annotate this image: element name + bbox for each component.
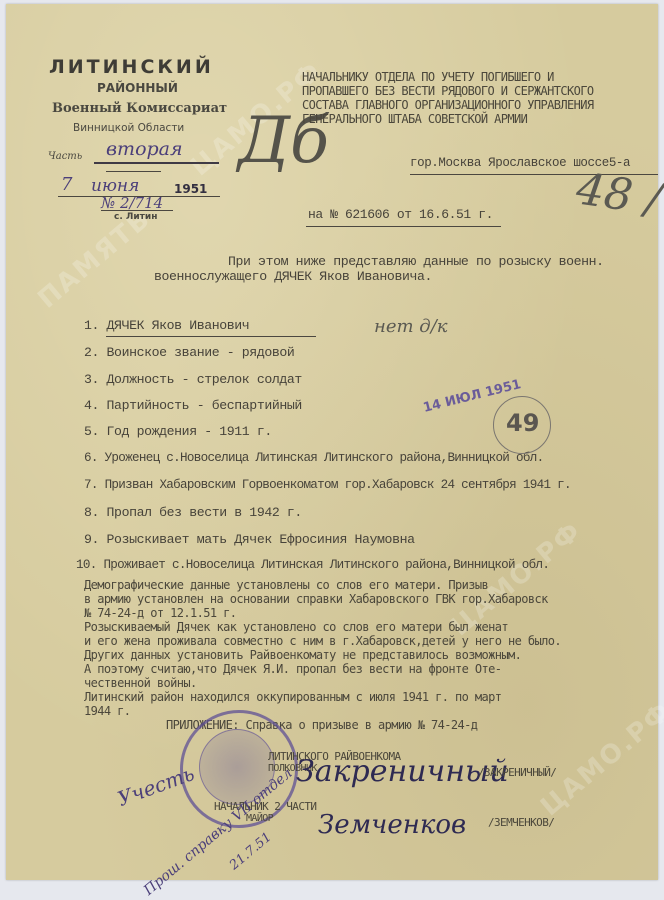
intro-line-2: военнослужащего ДЯЧЕК Яков Ивановича.: [154, 269, 432, 284]
list-item: 5. Год рождения - 1911 г.: [84, 424, 272, 439]
watermark: ЦАМО.РФ: [535, 696, 664, 822]
body-line: № 74-24-д от 12.1.51 г.: [84, 606, 236, 620]
part-underline: [94, 162, 219, 164]
reference-underline: [306, 226, 501, 227]
commissar-name: /ЗАКРЕНИЧНЫЙ/: [478, 766, 556, 780]
handwritten-note-date: 21.7.51: [227, 830, 275, 873]
received-number: 49: [506, 409, 539, 437]
handwritten-right-marks: 48 / 75: [573, 163, 664, 235]
body-line: и его жена проживала совместно с ним в г…: [84, 634, 561, 648]
number-underline: [101, 210, 173, 211]
body-line: А поэтому считаю,что Дячек Я.И. пропал б…: [84, 662, 501, 676]
document-page: ЦАМО.РФ ПАМЯТЬ ЦАМО.РФ ЦАМО.РФ ЛИТИНСКИЙ…: [6, 4, 658, 880]
list-item: 4. Партийность - беспартийный: [84, 398, 302, 413]
item-underline: [106, 336, 316, 337]
stamp-part-label: Часть: [48, 151, 82, 162]
part-value-handwritten: вторая: [106, 138, 183, 160]
addressee-line-4: ГЕНЕРАЛЬНОГО ШТАБА СОВЕТСКОЙ АРМИИ: [302, 112, 527, 126]
commissar-signature: Закреничный: [296, 754, 509, 789]
body-line: чественной войны.: [84, 676, 197, 690]
list-item: 10. Проживает с.Новоселица Литинская Лит…: [76, 558, 549, 572]
list-item: 6. Уроженец с.Новоселица Литинская Литин…: [84, 451, 543, 465]
date-month: июня: [91, 176, 139, 196]
body-line: Розыскиваемый Дячек как установлено со с…: [84, 620, 508, 634]
reference-number: на № 621606 от 16.6.51 г.: [308, 207, 493, 222]
handwritten-note: нет д/к: [374, 316, 448, 337]
divider: [106, 171, 161, 172]
addressee-line-1: НАЧАЛЬНИКУ ОТДЕЛА ПО УЧЕТУ ПОГИБШЕГО И: [302, 70, 554, 84]
list-item: 1. ДЯЧЕК Яков Иванович: [84, 318, 249, 333]
list-item: 3. Должность - стрелок солдат: [84, 372, 302, 387]
date-day: 7: [61, 174, 72, 195]
list-item: 7. Призван Хабаровским Горвоенкоматом го…: [84, 478, 571, 492]
date-year: 1951: [174, 182, 207, 196]
list-item: 9. Розыскивает мать Дячек Ефросиния Наум…: [84, 532, 415, 547]
list-item: 2. Воинское звание - рядовой: [84, 345, 294, 360]
stamp-line-commissariat: Военный Комиссариат: [52, 101, 227, 116]
body-line: Других данных установить Райвоенкомату н…: [84, 648, 521, 662]
chief-name: /ЗЕМЧЕНКОВ/: [488, 816, 554, 830]
body-line: в армию установлен на основании справки …: [84, 592, 548, 606]
handwritten-note-account: Учесть: [114, 761, 197, 811]
stamp-district-name: ЛИТИНСКИЙ: [49, 56, 214, 78]
body-line: 1944 г.: [84, 704, 130, 718]
stamp-line-oblast: Винницкой Области: [73, 122, 184, 134]
body-line: Демографические данные установлены со сл…: [84, 578, 488, 592]
list-item: 8. Пропал без вести в 1942 г.: [84, 505, 302, 520]
addressee-line-2: ПРОПАВШЕГО БЕЗ ВЕСТИ РЯДОВОГО И СЕРЖАНТС…: [302, 84, 593, 98]
addressee-line-3: СОСТАВА ГЛАВНОГО ОРГАНИЗАЦИОННОГО УПРАВЛ…: [302, 98, 593, 112]
stamp-city: с. Литин: [114, 212, 157, 222]
intro-line-1: При этом ниже представляю данные по розы…: [228, 254, 604, 269]
chief-signature: Земченков: [318, 810, 466, 840]
stamp-line-raion: РАЙОННЫЙ: [97, 81, 178, 95]
body-line: Литинский район находился оккупированным…: [84, 690, 501, 704]
